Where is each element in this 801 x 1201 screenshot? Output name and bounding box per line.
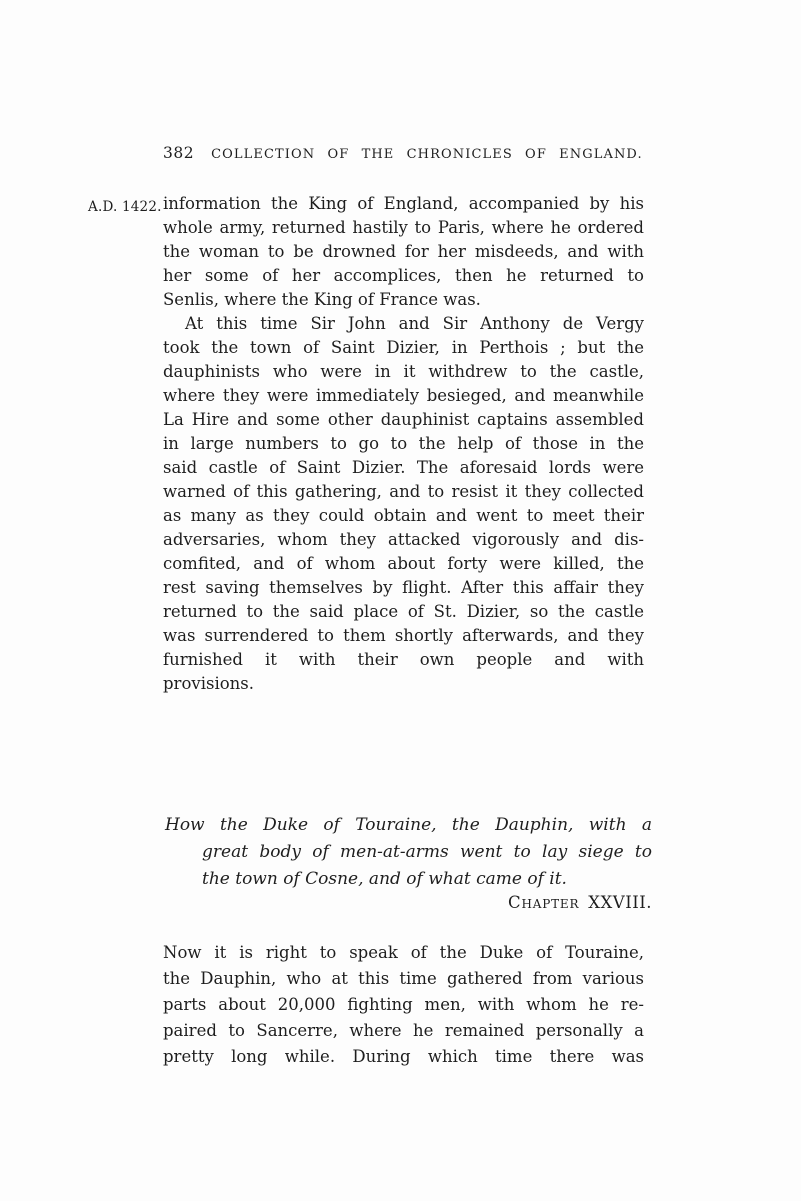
text-line: the Dauphin, who at this time gathered f… <box>163 966 644 992</box>
text-line: in large numbers to go to the help of th… <box>163 432 644 456</box>
running-title: COLLECTION OF THE CHRONICLES OF ENGLAND. <box>211 147 643 162</box>
text-line: the woman to be drowned for her misdeeds… <box>163 240 644 264</box>
text-line: great body of men-at-arms went to lay si… <box>165 839 652 866</box>
book-page: 382 COLLECTION OF THE CHRONICLES OF ENGL… <box>0 0 801 1201</box>
text-line: At this time Sir John and Sir Anthony de… <box>163 312 644 336</box>
text-line: comfited, and of whom about forty were k… <box>163 552 644 576</box>
margin-note-date: A.D. 1422. <box>88 199 162 215</box>
main-text-block: information the King of England, accompa… <box>163 192 644 696</box>
text-line: the town of Cosne, and of what came of i… <box>165 866 652 893</box>
paragraph-1: information the King of England, accompa… <box>163 192 644 312</box>
text-line: where they were immediately besieged, an… <box>163 384 644 408</box>
chapter-label: Chapter <box>508 893 579 912</box>
text-line: rest saving themselves by flight. After … <box>163 576 644 600</box>
text-line: was surrendered to them shortly afterwar… <box>163 624 644 648</box>
text-line: pretty long while. During which time the… <box>163 1044 644 1070</box>
text-line: La Hire and some other dauphinist captai… <box>163 408 644 432</box>
text-line: parts about 20,000 fighting men, with wh… <box>163 992 644 1018</box>
text-line: returned to the said place of St. Dizier… <box>163 600 644 624</box>
text-line: dauphinists who were in it withdrew to t… <box>163 360 644 384</box>
text-line: Senlis, where the King of France was. <box>163 288 644 312</box>
text-line: provisions. <box>163 672 644 696</box>
running-header: 382 COLLECTION OF THE CHRONICLES OF ENGL… <box>163 144 644 162</box>
text-line: said castle of Saint Dizier. The aforesa… <box>163 456 644 480</box>
text-line: her some of her accomplices, then he ret… <box>163 264 644 288</box>
text-line: information the King of England, accompa… <box>163 192 644 216</box>
text-line: as many as they could obtain and went to… <box>163 504 644 528</box>
page-number: 382 <box>163 144 194 162</box>
text-line: paired to Sancerre, where he remained pe… <box>163 1018 644 1044</box>
text-line: took the town of Saint Dizier, in Pertho… <box>163 336 644 360</box>
text-line: whole army, returned hastily to Paris, w… <box>163 216 644 240</box>
chapter-summary-heading: How the Duke of Touraine, the Dauphin, w… <box>165 812 652 893</box>
paragraph-3: Now it is right to speak of the Duke of … <box>163 940 644 1070</box>
text-line: warned of this gathering, and to resist … <box>163 480 644 504</box>
text-line: adversaries, whom they attacked vigorous… <box>163 528 644 552</box>
paragraph-2: At this time Sir John and Sir Anthony de… <box>163 312 644 696</box>
text-line: Now it is right to speak of the Duke of … <box>163 940 644 966</box>
chapter-title: ChapterXXVIII. <box>165 893 652 912</box>
text-line: furnished it with their own people and w… <box>163 648 644 672</box>
text-line: How the Duke of Touraine, the Dauphin, w… <box>165 812 652 839</box>
chapter-number: XXVIII. <box>588 893 652 912</box>
